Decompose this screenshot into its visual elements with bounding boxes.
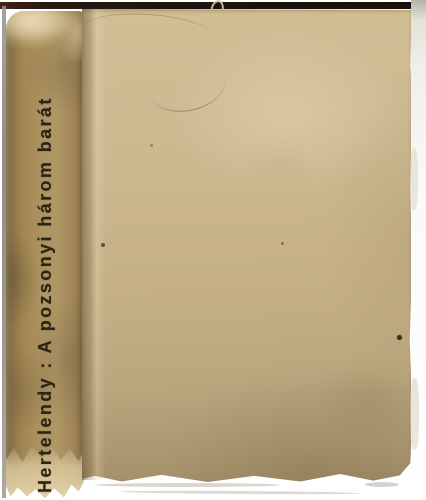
stain-speck	[397, 335, 402, 340]
book-front-cover	[82, 9, 413, 482]
stain-speck	[101, 243, 105, 247]
bottom-shadow-smudge	[95, 483, 280, 487]
stain-speck	[281, 242, 284, 245]
torn-paper-edge	[410, 378, 419, 450]
book-photo: Hertelendy : A pozsonyi három barát	[0, 0, 426, 500]
bottom-shadow-smudge	[365, 482, 399, 487]
torn-paper-edge	[410, 148, 418, 210]
stain-speck	[150, 144, 153, 147]
bottom-shadow-smudge	[120, 490, 360, 495]
spine-title-text: Hertelendy : A pozsonyi három barát	[25, 27, 65, 493]
photo-left-edge-line	[2, 6, 6, 498]
